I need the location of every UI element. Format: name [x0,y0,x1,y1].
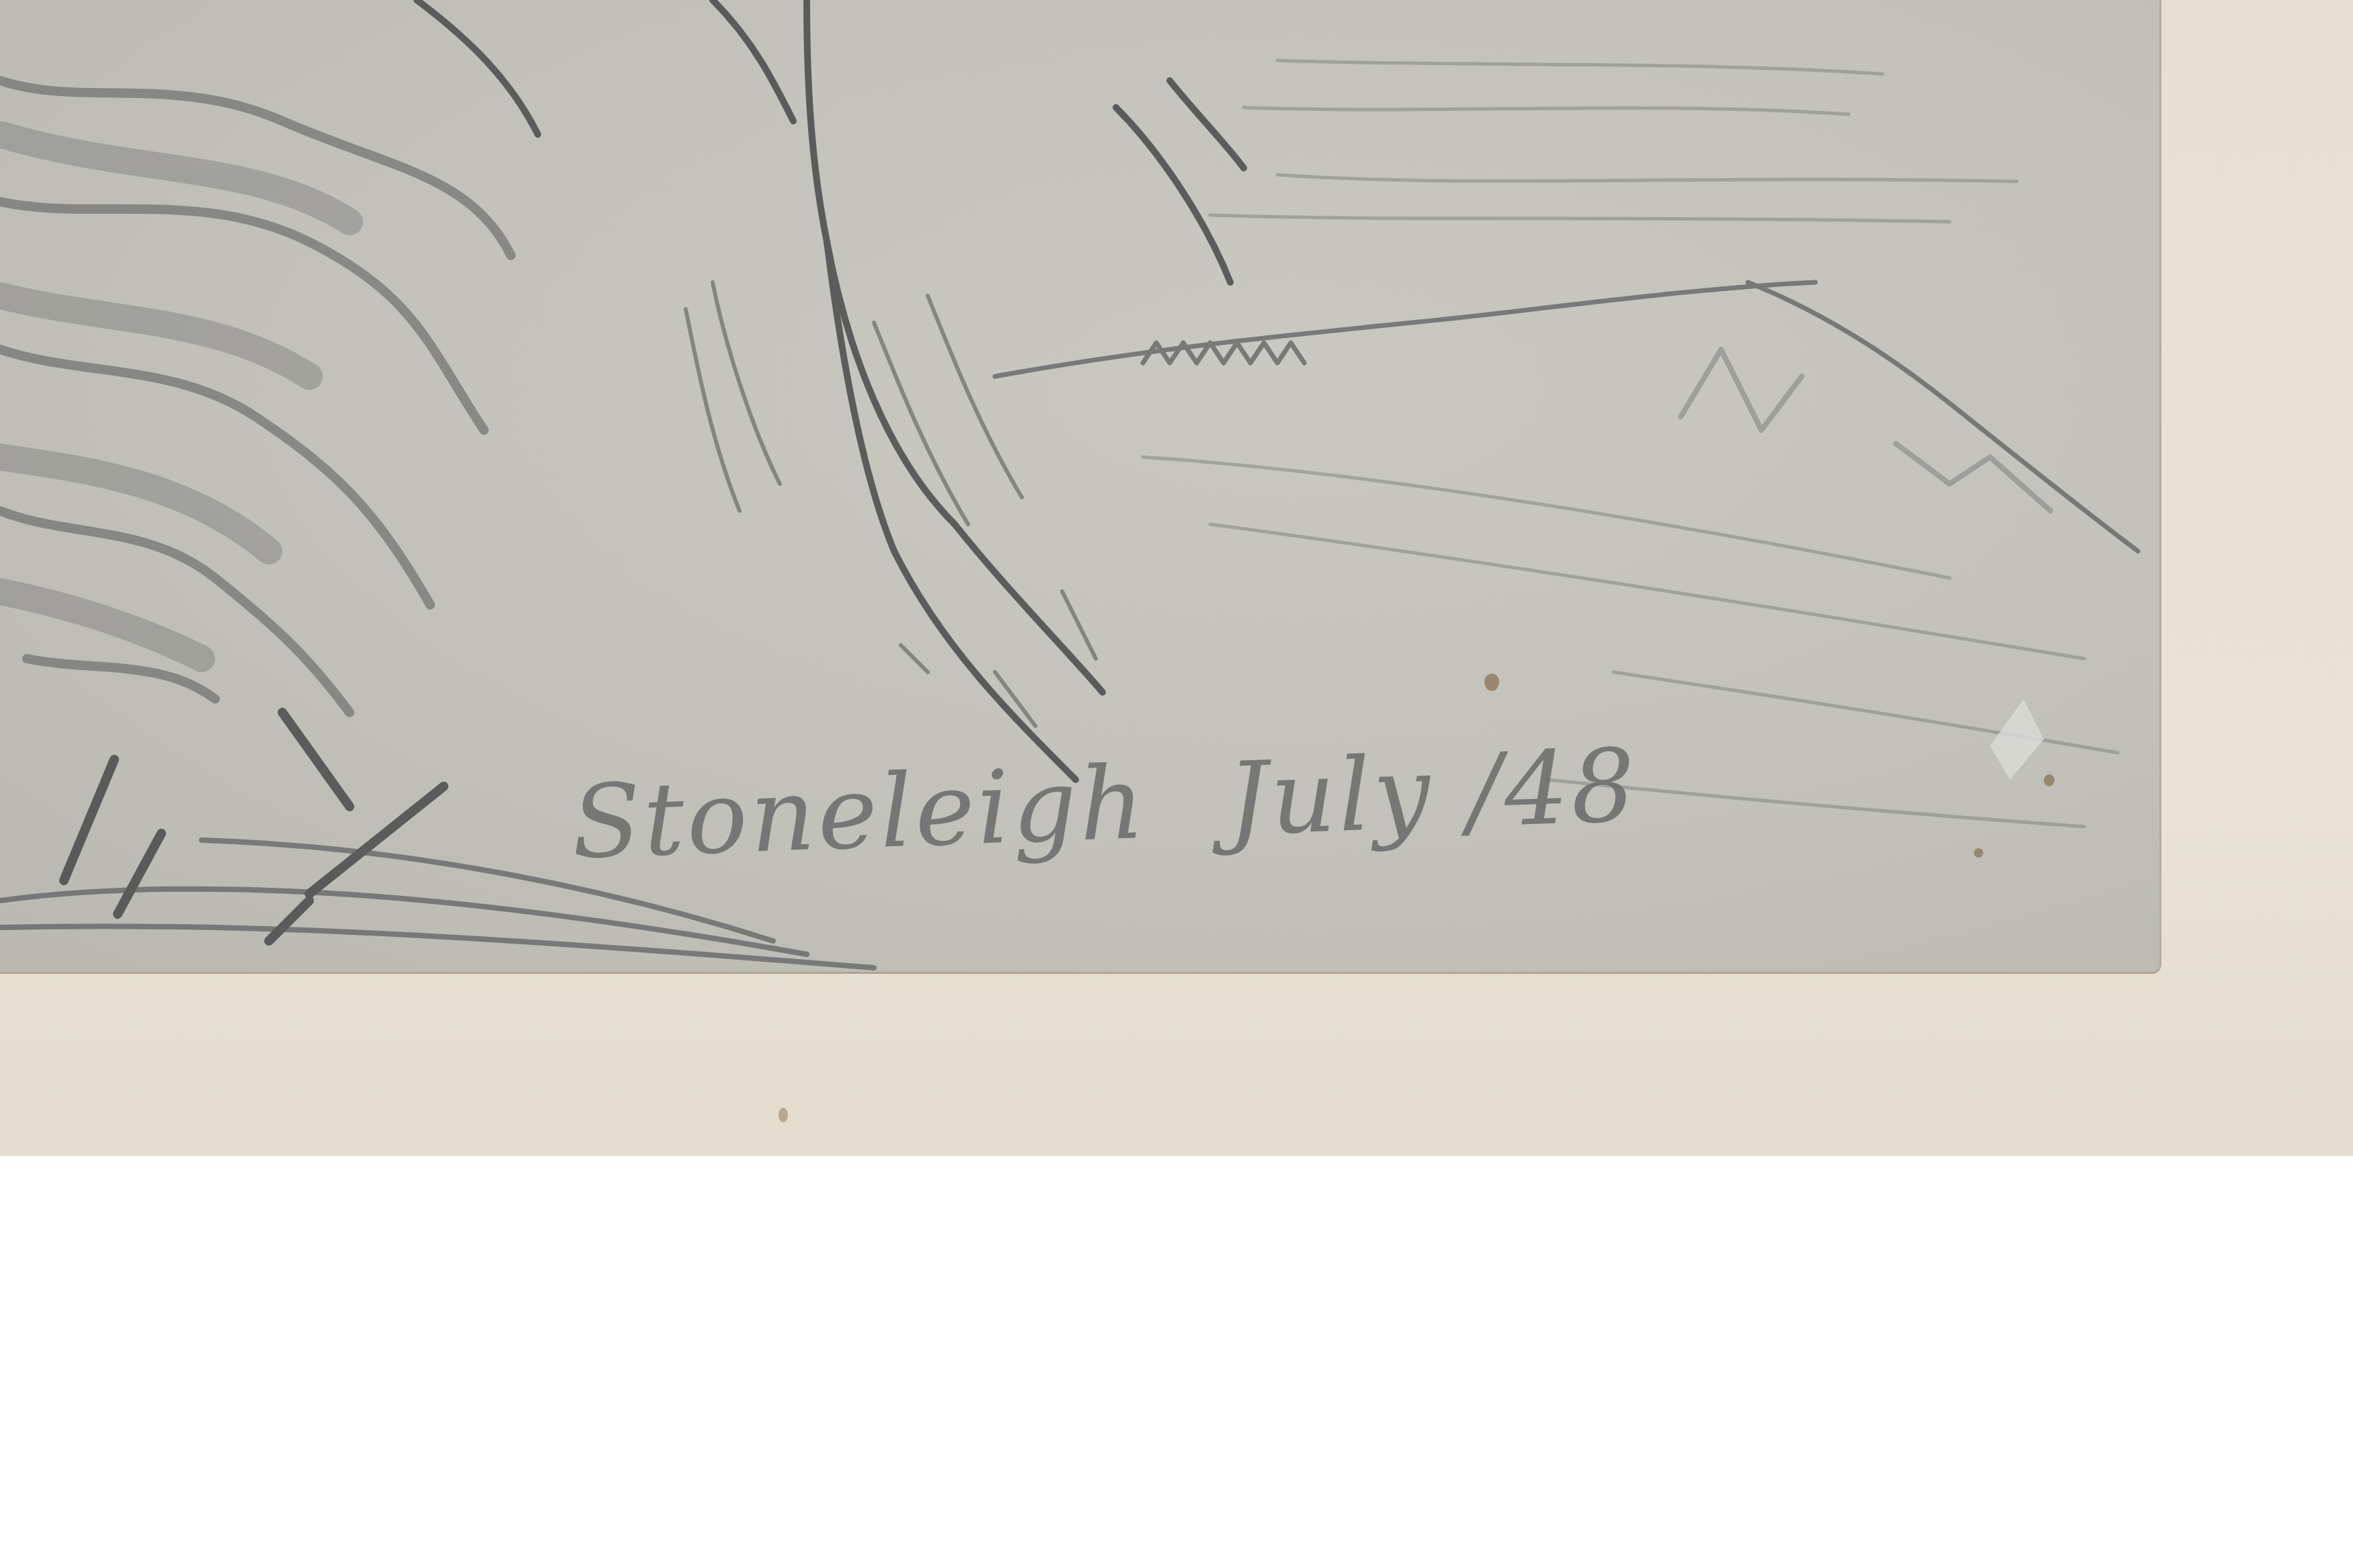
mount-spot [779,1108,788,1122]
foreground-marks [64,712,444,941]
foxing-spot [1484,673,1499,691]
inscription-place: Stoneleigh [569,745,1149,882]
blank-background [0,1156,2353,1568]
field-lines [1143,60,2118,827]
hedgerow [995,282,2138,551]
central-tree [417,0,1244,780]
paper-tear [1990,699,2044,780]
foxing-spot [2044,774,2055,786]
foxing-spot [1974,848,1983,858]
drawing-sheet: StoneleighJuly /48 [0,0,2161,974]
inscription-date: July /48 [1226,727,1640,858]
